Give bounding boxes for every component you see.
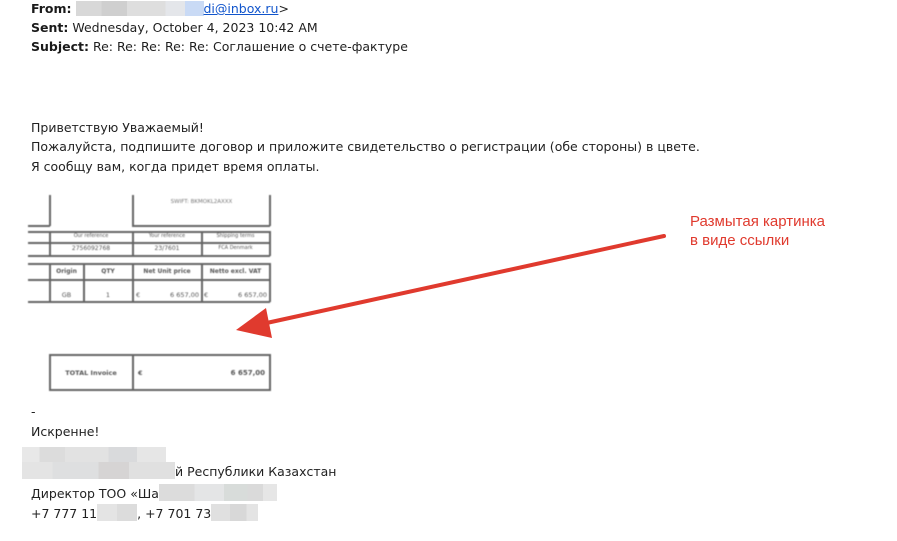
signature-org-row: й Республики Казахстан <box>22 462 336 481</box>
signature-org: й Республики Казахстан <box>175 464 336 479</box>
redacted-phone-1 <box>97 504 137 521</box>
redacted-org <box>22 462 175 479</box>
phone-1: +7 777 11 <box>31 506 97 521</box>
annotation-line-1: Размытая картинка <box>690 212 825 231</box>
signature-director: Директор ТОО «Ша <box>31 486 159 501</box>
annotation-line-2: в виде ссылки <box>690 231 825 250</box>
redacted-phone-2 <box>211 504 258 521</box>
signature-phones-row: +7 777 11, +7 701 73 <box>31 504 258 523</box>
signature-closing: Искренне! <box>31 422 99 441</box>
phone-2: , +7 701 73 <box>137 506 211 521</box>
annotation-text: Размытая картинка в виде ссылки <box>690 212 825 250</box>
signature-dash: - <box>31 402 36 421</box>
signature-director-row: Директор ТОО «Ша <box>31 484 277 503</box>
redacted-company <box>159 484 277 501</box>
